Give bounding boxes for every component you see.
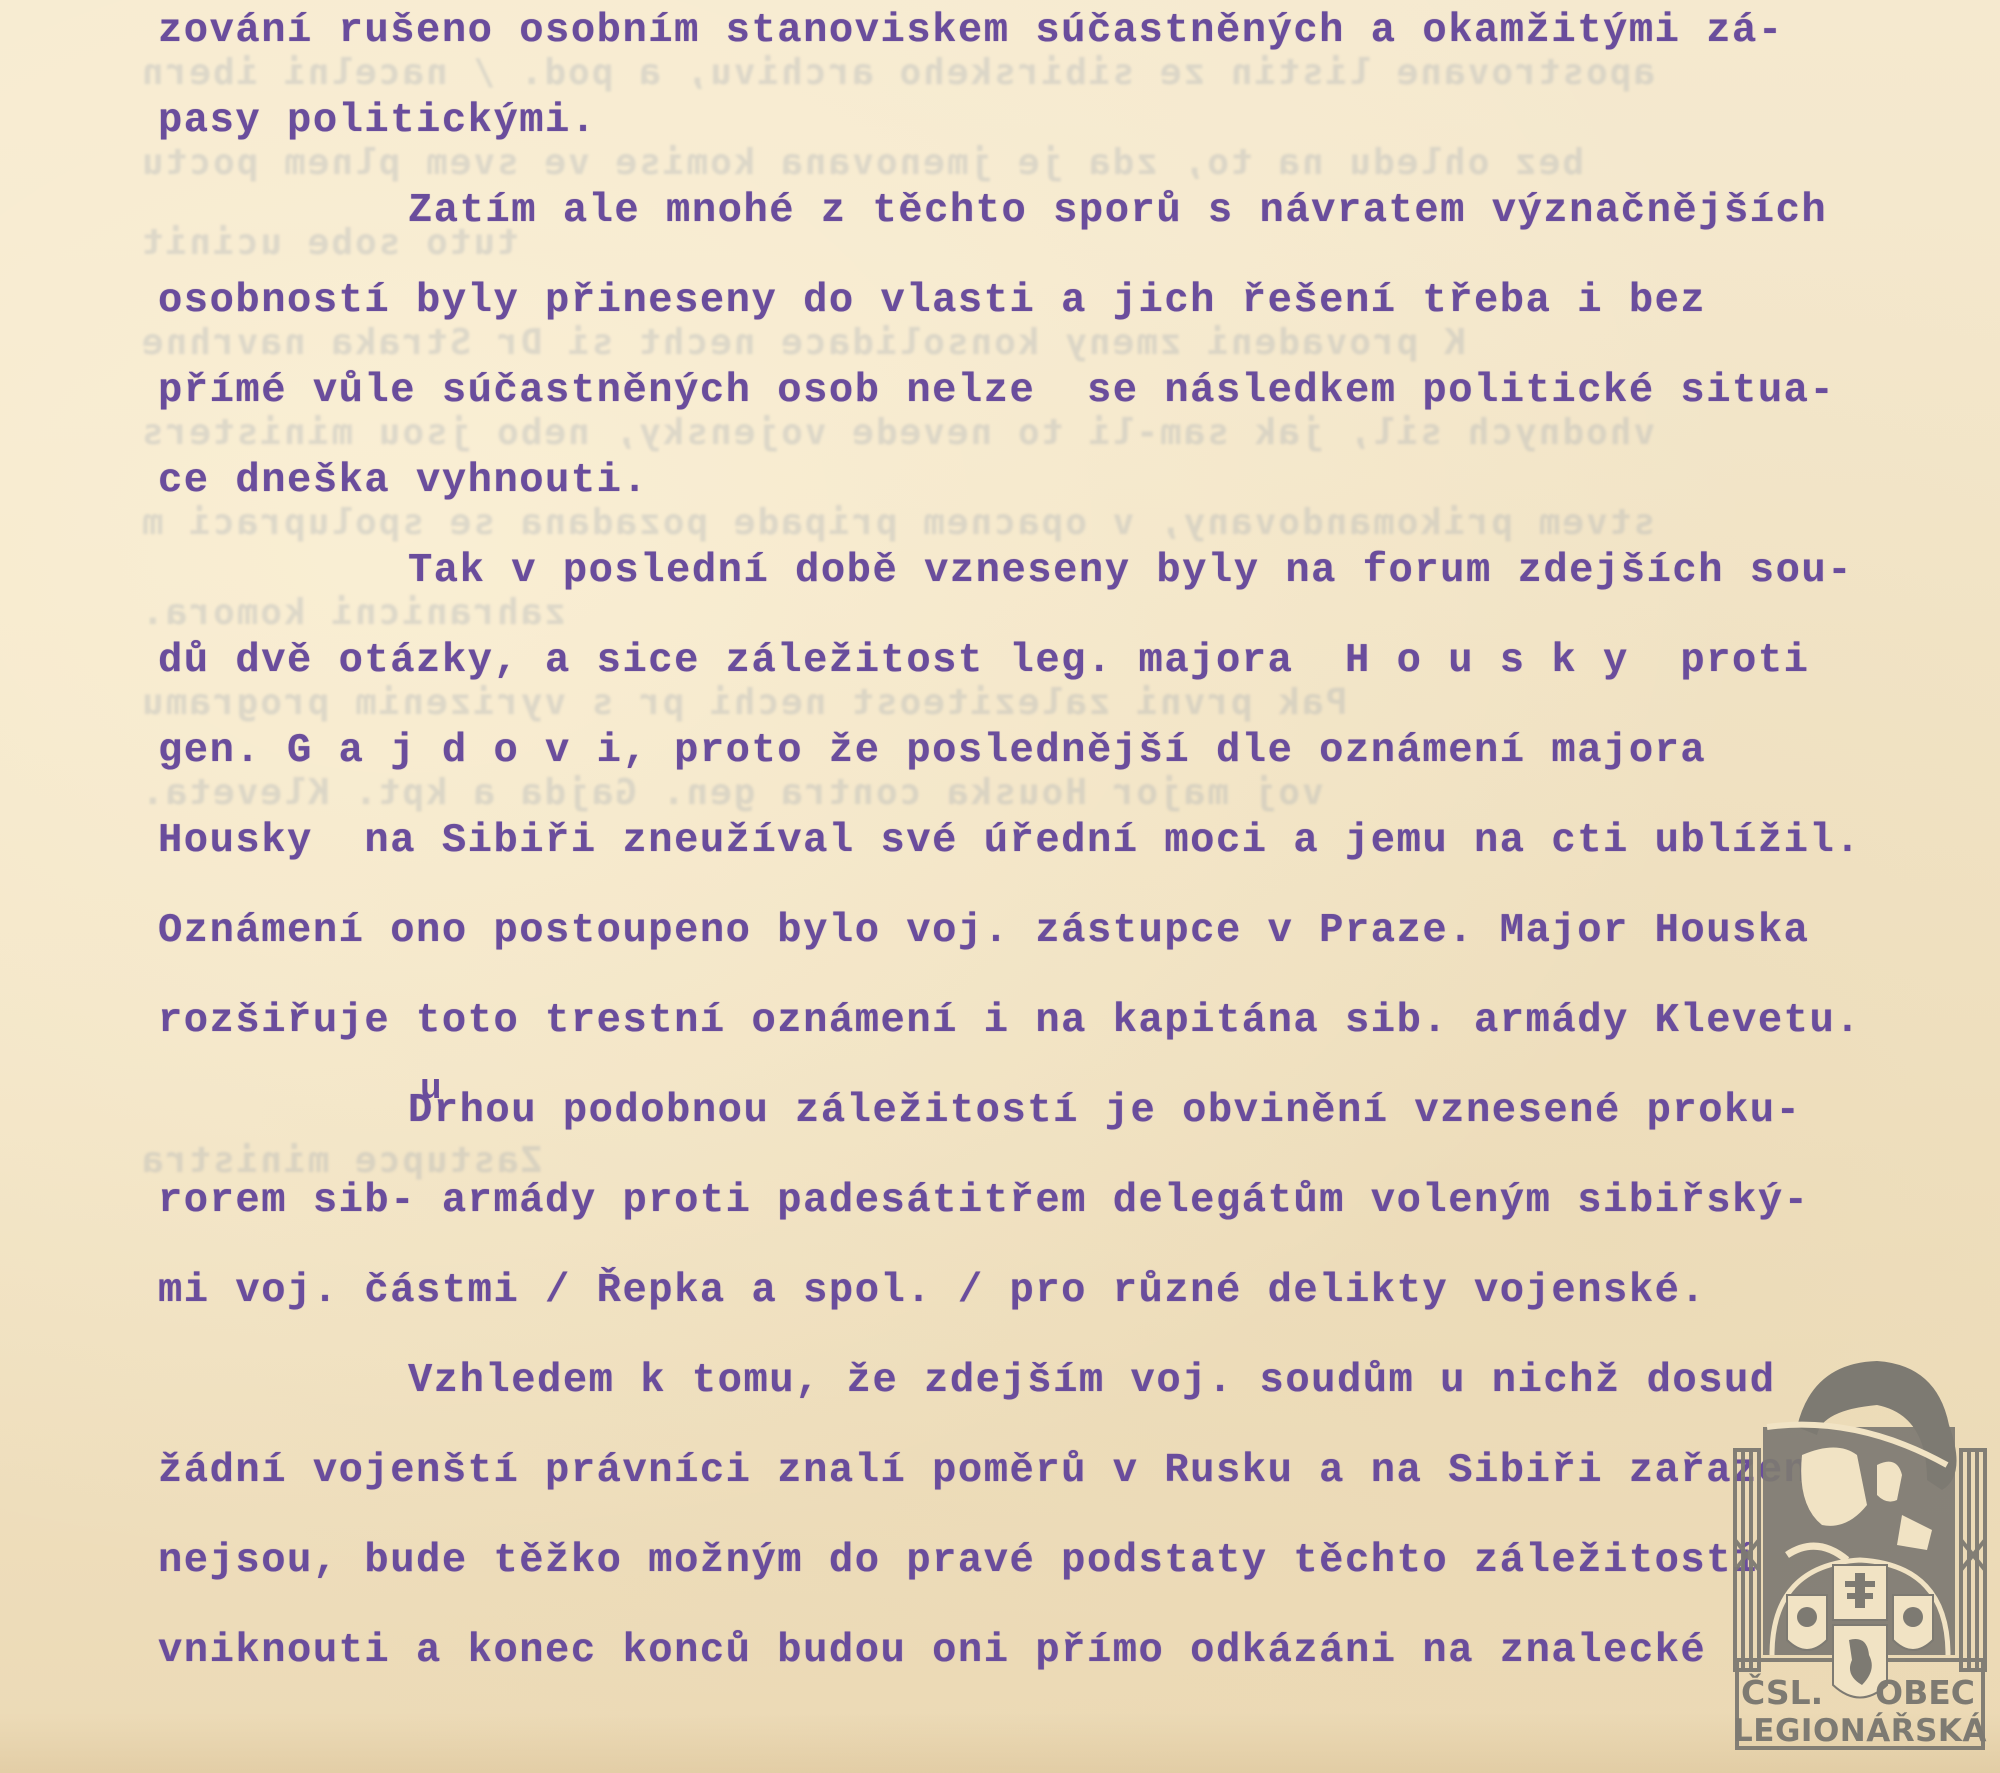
bleed-through-text: Pak prvni zaleziteost nechi pr s vyrizen…: [140, 682, 1347, 723]
text-line: Housky na Sibiři zneužíval své úřední mo…: [158, 818, 1861, 864]
text-line: Tak v poslední době vzneseny byly na for…: [408, 548, 1853, 594]
document-page: apostrovane listin ze sibirskeho archivu…: [0, 0, 2000, 1773]
bleed-through-text: voj major Houska contra gen. Gajda a kpt…: [140, 772, 1324, 813]
text-line: zování rušeno osobním stanoviskem súčast…: [158, 8, 1784, 54]
text-line: rozšiřuje toto trestní oznámení i na kap…: [158, 998, 1861, 1044]
text-line: ce dneška vyhnouti.: [158, 458, 648, 504]
text-line: žádní vojenští právníci znalí poměrů v R…: [158, 1448, 1835, 1494]
watermark-csl: ČSL.: [1741, 1673, 1823, 1712]
paper-stain: [0, 1713, 2000, 1773]
text-line: přímé vůle súčastněných osob nelze se ná…: [158, 368, 1835, 414]
bleed-through-text: zahranicni komora.: [140, 592, 566, 633]
watermark-obec: OBEC: [1875, 1673, 1975, 1712]
text-line: mi voj. částmi / Řepka a spol. / pro růz…: [158, 1268, 1706, 1314]
text-line: Oznámení ono postoupeno bylo voj. zástup…: [158, 908, 1809, 954]
text-line: nejsou, bude těžko možným do pravé podst…: [158, 1538, 1758, 1584]
text-line: Zatím ale mnohé z těchto sporů s návrate…: [408, 188, 1827, 234]
bleed-through-text: bez ohledu na to, zda je jmenovana komis…: [140, 142, 1584, 183]
text-line: Vzhledem k tomu, že zdejším voj. soudům …: [408, 1358, 1776, 1404]
text-line: osobností byly přineseny do vlasti a jic…: [158, 278, 1706, 324]
handwritten-correction: u: [420, 1068, 442, 1109]
bleed-through-text: apostrovane listin ze sibirskeho archivu…: [140, 52, 1655, 93]
bleed-through-text: vhodnych sil, jak sam-li to nevede vojen…: [140, 412, 1655, 453]
watermark-logo: ČSL. OBEC LEGIONÁŘSKÁ: [1727, 1355, 1993, 1755]
text-line: pasy politickými.: [158, 98, 597, 144]
text-line: gen. G a j d o v i, proto že poslednější…: [158, 728, 1706, 774]
text-line: vniknouti a konec konců budou oni přímo …: [158, 1628, 1706, 1674]
text-line: Drhou podobnou záležitostí je obvinění v…: [408, 1088, 1801, 1134]
watermark-text-line2: LEGIONÁŘSKÁ: [1727, 1713, 1993, 1749]
bleed-through-text: stvem prikomandovany, v opacnem pripade …: [140, 502, 1655, 543]
text-line: dů dvě otázky, a sice záležitost leg. ma…: [158, 638, 1809, 684]
bleed-through-text: K provadeni zmeny konsolidace necht si D…: [140, 322, 1466, 363]
bleed-through-text: Zastupce ministra: [140, 1140, 542, 1181]
watermark-text-line1: ČSL. OBEC: [1727, 1673, 1993, 1712]
text-line: rorem sib- armády proti padesátitřem del…: [158, 1178, 1809, 1224]
